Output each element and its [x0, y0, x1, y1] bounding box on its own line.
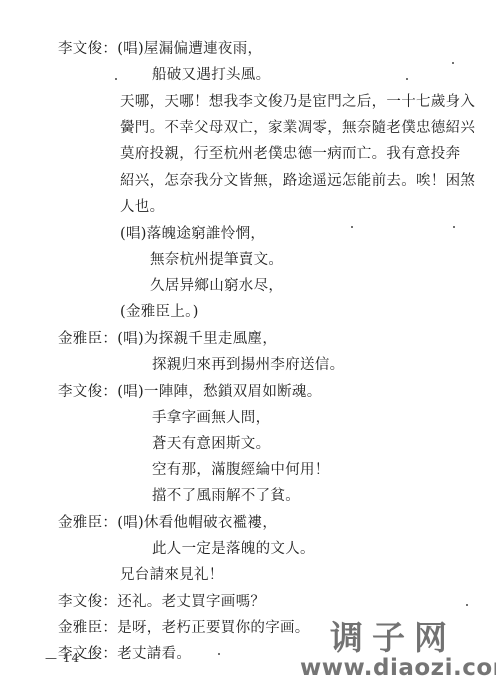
- script-line: 李文俊：还礼。老丈買字画嗎？: [58, 593, 265, 611]
- script-line: 天哪，天哪！想我李文俊乃是宦門之后，一十七歲身入: [120, 93, 475, 111]
- script-line: 探親归來再到揚州李府送信。: [152, 356, 344, 374]
- script-line: 空有那，滿腹經綸中何用！: [152, 461, 330, 479]
- script-line: 此人一定是落魄的文人。: [152, 540, 315, 558]
- script-line: 人也。: [120, 198, 164, 216]
- scan-speck: [406, 78, 408, 80]
- script-line: 李文俊：(唱)一陣陣，愁鎖双眉如断魂。: [58, 383, 322, 401]
- scan-speck: [218, 653, 220, 655]
- scan-speck: [466, 604, 468, 606]
- watermark-url: www.diaozi.com: [300, 655, 496, 681]
- script-line: 金雅臣：是呀，老朽正要買你的字画。: [58, 619, 310, 637]
- script-line: 兄台請來見礼！: [120, 566, 224, 584]
- scan-speck: [351, 226, 353, 228]
- scan-speck: [452, 62, 454, 64]
- script-line: 紹兴，怎奈我分文皆無，路途遥远怎能前去。唉！困煞: [120, 172, 475, 190]
- script-line: 擋不了風雨解不了貧。: [152, 487, 300, 505]
- script-line: (金雅臣上。): [120, 303, 199, 321]
- script-line: (唱)落魄途窮誰怜惘，: [120, 225, 265, 243]
- script-line: 李文俊：(唱)屋漏偏遭連夜雨，: [58, 40, 262, 58]
- scan-speck: [453, 226, 455, 228]
- script-line: 金雅臣：(唱)为探親千里走風塵，: [58, 330, 277, 348]
- script-line: 莫府投親，行至杭州老僕忠德一病而亡。我有意投奔: [120, 145, 460, 163]
- watermark-title: 调子网: [330, 612, 456, 659]
- script-line: 手拿字画無人問，: [152, 409, 270, 427]
- script-line: 蒼天有意困斯文。: [152, 435, 270, 453]
- script-page: 李文俊：(唱)屋漏偏遭連夜雨，船破又遇打头風。天哪，天哪！想我李文俊乃是宦門之后…: [0, 0, 496, 690]
- scan-speck: [115, 78, 117, 80]
- script-line: 黌門。不幸父母双亡，家業凋零，無奈隨老僕忠德紹兴: [120, 119, 475, 137]
- script-line: 久居异鄉山窮水尽，: [150, 277, 283, 295]
- script-line: 金雅臣：(唱)休看他帽破衣襤褸，: [58, 514, 277, 532]
- script-line: 無奈杭州提筆賣文。: [150, 251, 283, 269]
- page-number: — 14 —: [45, 651, 98, 665]
- script-line: 船破又遇打头風。: [152, 66, 270, 84]
